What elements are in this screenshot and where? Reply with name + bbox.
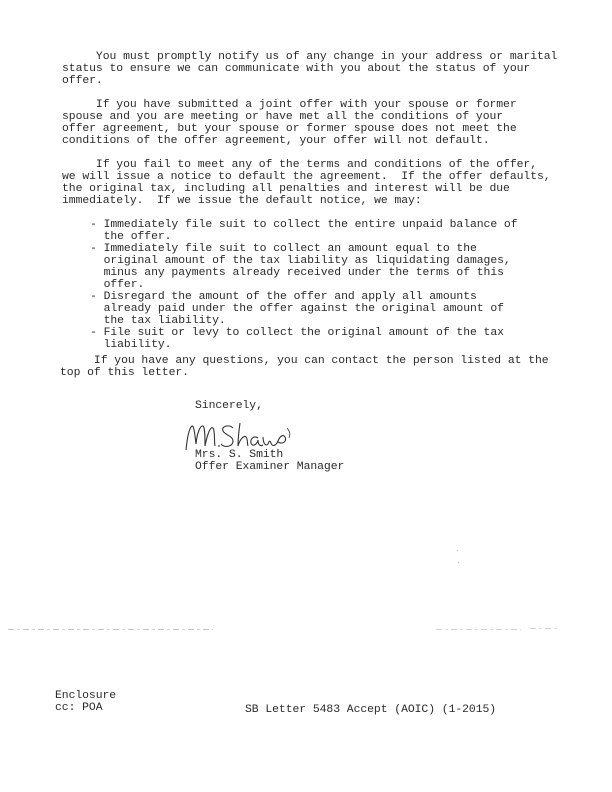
scan-artifact-line (8, 629, 213, 630)
text-line: - File suit or levy to collect the origi… (90, 327, 504, 339)
text-line: - Disregard the amount of the offer and … (90, 291, 477, 303)
text-line: already paid under the offer against the… (90, 303, 504, 315)
form-identifier: SB Letter 5483 Accept (AOIC) (1-2015) (245, 704, 496, 716)
scan-speck (270, 202, 271, 203)
text-line: - Immediately file suit to collect the e… (90, 219, 518, 231)
text-line: liability. (90, 339, 171, 351)
cc-label: cc: POA (55, 702, 103, 714)
text-line: offer agreement, but your spouse or form… (62, 123, 517, 135)
text-line: the tax liability. (90, 315, 226, 327)
text-line: You must promptly notify us of any chang… (62, 51, 557, 63)
text-line: immediately. If we issue the default not… (62, 195, 422, 207)
text-line: original amount of the tax liability as … (90, 255, 511, 267)
text-line: If you have submitted a joint offer with… (62, 99, 517, 111)
text-line: offer. (90, 279, 144, 291)
text-line: conditions of the offer agreement, your … (62, 135, 490, 147)
text-line: the offer. (90, 231, 171, 243)
letter-page: You must promptly notify us of any chang… (0, 0, 612, 792)
scan-artifact-line (530, 628, 558, 629)
text-line: we will issue a notice to default the ag… (62, 171, 551, 183)
text-line: minus any payments already received unde… (90, 267, 504, 279)
text-line: offer. (62, 75, 103, 87)
text-line: - Immediately file suit to collect an am… (90, 243, 477, 255)
scan-speck (458, 562, 459, 563)
text-line: the original tax, including all penaltie… (62, 183, 510, 195)
scan-speck (457, 550, 458, 551)
signer-title: Offer Examiner Manager (195, 461, 344, 473)
text-line: If you fail to meet any of the terms and… (62, 159, 537, 171)
enclosure-label: Enclosure (55, 690, 116, 702)
scan-artifact-line (436, 629, 521, 630)
text-line: status to ensure we can communicate with… (62, 63, 530, 75)
text-line: top of this letter. (60, 367, 189, 379)
closing-salutation: Sincerely, (195, 400, 263, 412)
text-line: If you have any questions, you can conta… (60, 355, 549, 367)
text-line: spouse and you are meeting or have met a… (62, 111, 503, 123)
signer-name: Mrs. S. Smith (195, 449, 283, 461)
